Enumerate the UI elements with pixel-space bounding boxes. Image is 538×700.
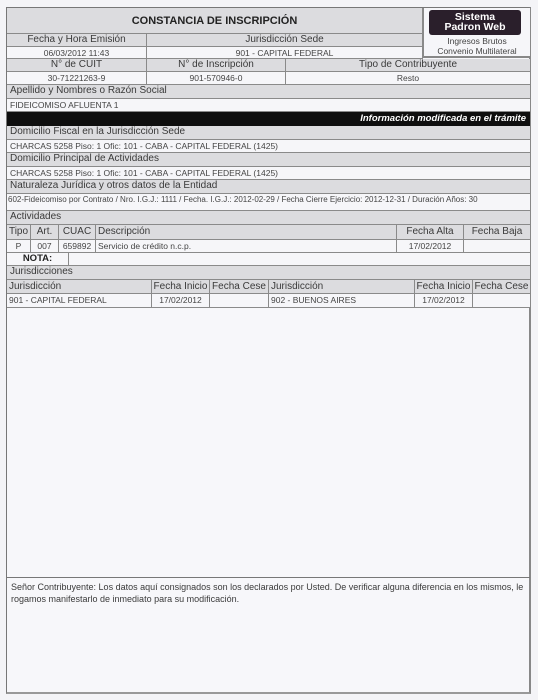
emision-label: Fecha y Hora Emisión [7, 34, 147, 47]
razon-social-value: FIDEICOMISO AFLUENTA 1 [7, 99, 530, 112]
jurisdicciones-row-cell: 17/02/2012 [415, 294, 473, 308]
info-modificada-banner: Información modificada en el trámite [7, 112, 530, 126]
emision-value: 06/03/2012 11:43 [7, 47, 147, 59]
tipo-contribuyente-label: Tipo de Contribuyente [286, 59, 530, 72]
domicilio-actividades-label: Domicilio Principal de Actividades [7, 153, 530, 167]
jurisdicciones-row-cell [473, 294, 530, 308]
jurisdicciones-row-cell: 17/02/2012 [152, 294, 210, 308]
logo-subtitle: Ingresos Brutos Convenio Multilateral [424, 36, 530, 56]
razon-social-label: Apellido y Nombres o Razón Social [7, 85, 530, 99]
constancia-document: CONSTANCIA DE INSCRIPCIÓN Sistema Padron… [6, 7, 531, 694]
jurisdiccion-sede-label: Jurisdicción Sede [147, 34, 423, 47]
actividades-label: Actividades [7, 210, 530, 225]
naturaleza-value: 602-Fideicomiso por Contrato / Nro. I.G.… [7, 194, 530, 210]
jurisdicciones-label: Jurisdicciones [7, 266, 530, 280]
jurisdicciones-row-cell [210, 294, 269, 308]
actividades-header-cell: Descripción [96, 225, 397, 240]
cuit-value: 30-71221263-9 [7, 72, 147, 85]
domicilio-fiscal-value: CHARCAS 5258 Piso: 1 Ofic: 101 - CABA - … [7, 140, 530, 153]
jurisdiccion-sede-value: 901 - CAPITAL FEDERAL [147, 47, 423, 59]
actividades-row-cell: 659892 [59, 240, 96, 253]
naturaleza-label: Naturaleza Jurídica y otros datos de la … [7, 180, 530, 194]
actividades-row-cell [464, 240, 530, 253]
document-title: CONSTANCIA DE INSCRIPCIÓN [7, 8, 423, 34]
jurisdicciones-header-cell: Fecha Cese [473, 280, 530, 294]
tipo-contribuyente-value: Resto [286, 72, 530, 85]
jurisdicciones-row-cell: 901 - CAPITAL FEDERAL [7, 294, 152, 308]
jurisdicciones-row-cell: 902 - BUENOS AIRES [269, 294, 415, 308]
nota-label: NOTA: [7, 253, 69, 266]
domicilio-actividades-value: CHARCAS 5258 Piso: 1 Ofic: 101 - CABA - … [7, 167, 530, 180]
jurisdicciones-header-cell: Jurisdicción [7, 280, 152, 294]
actividades-header-cell: Tipo [7, 225, 31, 240]
jurisdicciones-header-cell: Fecha Inicio [152, 280, 210, 294]
logo-subtitle-2: Convenio Multilateral [424, 46, 530, 56]
cuit-label: N° de CUIT [7, 59, 147, 72]
jurisdicciones-header-cell: Jurisdicción [269, 280, 415, 294]
sistema-padron-web-logo: Sistema Padron Web Ingresos Brutos Conve… [423, 8, 530, 58]
logo-line-2: Padron Web [429, 22, 521, 32]
actividades-header-cell: Fecha Baja [464, 225, 530, 240]
jurisdicciones-header-cell: Fecha Cese [210, 280, 269, 294]
actividades-row-cell: 007 [31, 240, 59, 253]
footer-notice: Señor Contribuyente: Los datos aquí cons… [7, 578, 530, 608]
actividades-header-cell: CUAC [59, 225, 96, 240]
actividades-row-cell: 17/02/2012 [397, 240, 464, 253]
actividades-header-cell: Fecha Alta [397, 225, 464, 240]
inscripcion-value: 901-570946-0 [147, 72, 286, 85]
nota-value [69, 253, 530, 266]
inscripcion-label: N° de Inscripción [147, 59, 286, 72]
domicilio-fiscal-label: Domicilio Fiscal en la Jurisdicción Sede [7, 126, 530, 140]
actividades-row-cell: Servicio de crédito n.c.p. [96, 240, 397, 253]
jurisdicciones-header-cell: Fecha Inicio [415, 280, 473, 294]
logo-badge: Sistema Padron Web [429, 10, 521, 35]
actividades-header-cell: Art. [31, 225, 59, 240]
actividades-row-cell: P [7, 240, 31, 253]
logo-subtitle-1: Ingresos Brutos [424, 36, 530, 46]
